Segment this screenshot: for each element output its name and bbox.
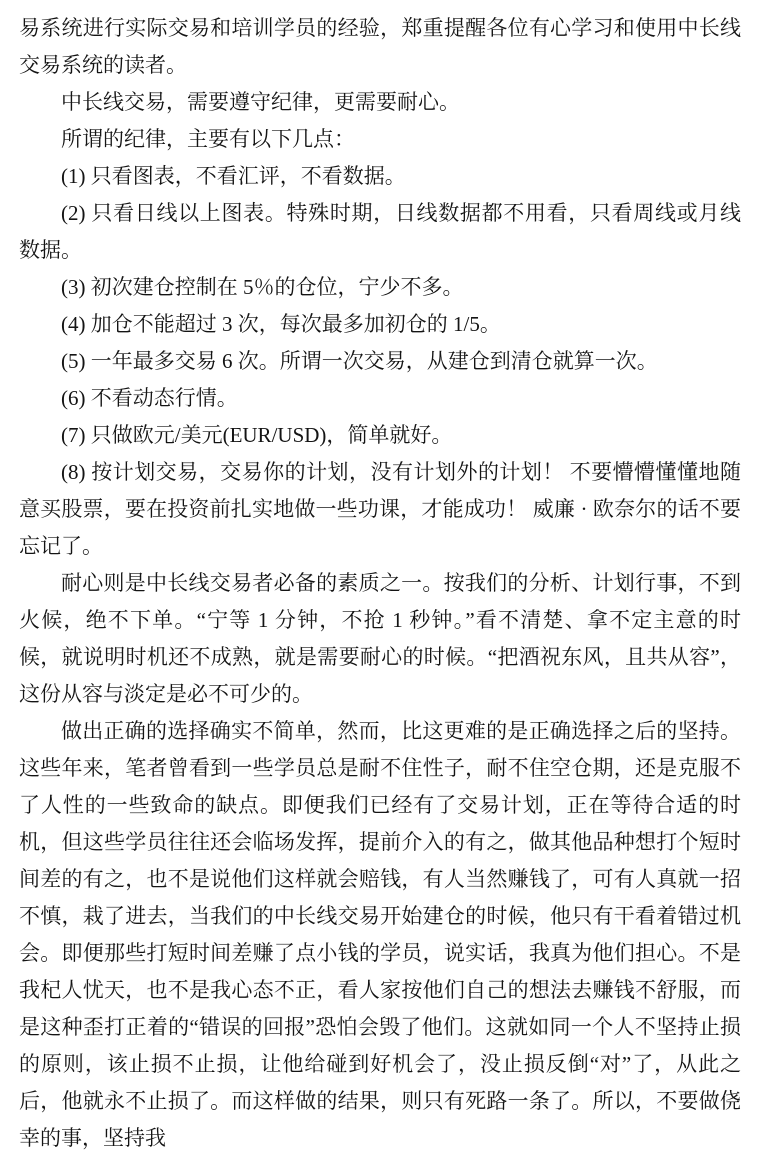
paragraph: 所谓的纪律，主要有以下几点： bbox=[19, 121, 741, 158]
paragraph: 耐心则是中长线交易者必备的素质之一。按我们的分析、计划行事，不到火候，绝不下单。… bbox=[19, 565, 741, 713]
book-page: 易系统进行实际交易和培训学员的经验，郑重提醒各位有心学习和使用中长线交易系统的读… bbox=[0, 0, 758, 1160]
list-item-1: (1) 只看图表，不看汇评，不看数据。 bbox=[19, 158, 741, 195]
list-item-2: (2) 只看日线以上图表。特殊时期，日线数据都不用看，只看周线或月线数据。 bbox=[19, 195, 741, 269]
paragraph-continuation: 易系统进行实际交易和培训学员的经验，郑重提醒各位有心学习和使用中长线交易系统的读… bbox=[19, 10, 741, 84]
paragraph: 中长线交易，需要遵守纪律，更需要耐心。 bbox=[19, 84, 741, 121]
list-item-4: (4) 加仓不能超过 3 次，每次最多加初仓的 1/5。 bbox=[19, 306, 741, 343]
list-item-8: (8) 按计划交易，交易你的计划，没有计划外的计划！ 不要懵懵懂懂地随意买股票，… bbox=[19, 454, 741, 565]
list-item-7: (7) 只做欧元/美元(EUR/USD)，简单就好。 bbox=[19, 417, 741, 454]
list-item-3: (3) 初次建仓控制在 5％的仓位，宁少不多。 bbox=[19, 269, 741, 306]
list-item-6: (6) 不看动态行情。 bbox=[19, 380, 741, 417]
list-item-5: (5) 一年最多交易 6 次。所谓一次交易，从建仓到清仓就算一次。 bbox=[19, 343, 741, 380]
paragraph: 做出正确的选择确实不简单，然而，比这更难的是正确选择之后的坚持。这些年来，笔者曾… bbox=[19, 713, 741, 1157]
text-column: 易系统进行实际交易和培训学员的经验，郑重提醒各位有心学习和使用中长线交易系统的读… bbox=[19, 10, 741, 1157]
